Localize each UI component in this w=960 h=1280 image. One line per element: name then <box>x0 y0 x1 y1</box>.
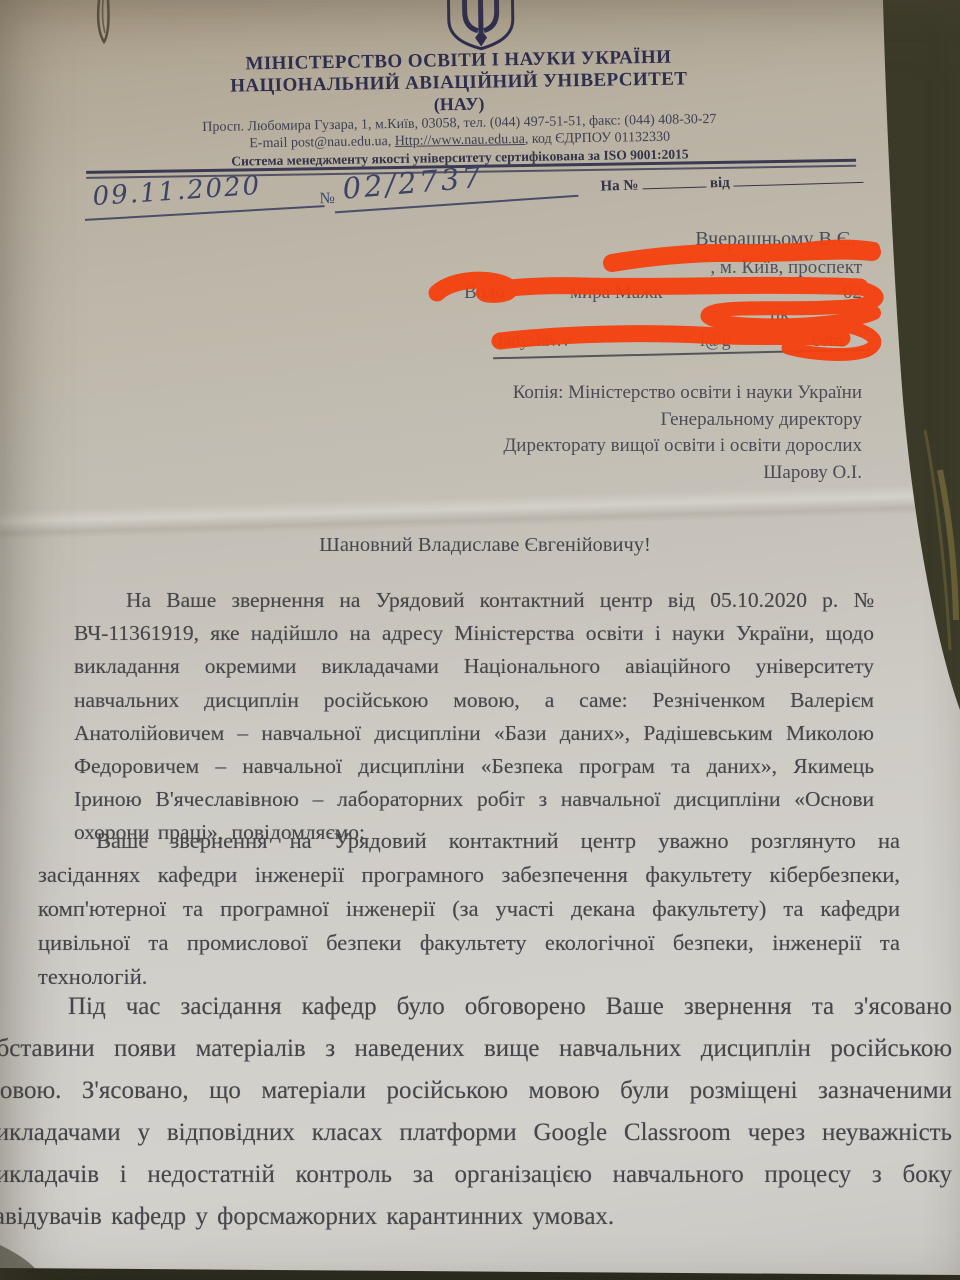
copy-line: Генеральному директору <box>0 407 862 434</box>
recipient-address-fragment: , м. Київ, проспект <box>0 257 862 279</box>
copy-block: Копія: Міністерство освіти і науки Украї… <box>0 380 862 486</box>
recipient-email-fragment-2: l@g <box>700 330 731 351</box>
ukraine-trident-emblem-icon <box>434 0 527 52</box>
reply-no-label: На № <box>600 178 638 195</box>
website-link-text: Http://www.nau.edu.ua <box>395 132 525 149</box>
reply-from-blank-line <box>733 170 863 187</box>
recipient-street-fragment-2: мира Мажк <box>570 282 663 304</box>
recipient-line4-fragment: пк <box>770 304 789 326</box>
paperclip-icon <box>85 0 125 55</box>
salutation: Шановний Владиславе Євгенійовичу! <box>10 534 960 557</box>
reply-no-blank-line <box>642 175 706 190</box>
recipient-email-fragment-3: com <box>812 330 843 351</box>
email-text: E-mail post@nau.edu.ua, <box>249 134 395 151</box>
body-paragraph-1: На Ваше звернення на Урядовий контактний… <box>74 584 874 850</box>
copy-line: Копія: Міністерство освіти і науки Украї… <box>0 380 862 407</box>
document-photo: МІНІСТЕРСТВО ОСВІТИ І НАУКИ УКРАЇНИ НАЦІ… <box>0 0 960 1280</box>
body-paragraph-2: Ваше звернення на Урядовий контактний це… <box>38 824 900 994</box>
recipient-street-fragment-1: Воло <box>464 282 505 304</box>
recipient-house-fragment: 02 <box>843 282 862 304</box>
copy-line: Шарову О.І. <box>0 460 862 487</box>
recipient-name: Вчерашньому В.Є. <box>0 228 855 251</box>
reply-from-label: від <box>710 175 730 192</box>
copy-line: Директорату вищої освіти і освіти доросл… <box>0 433 862 460</box>
reply-reference-blank: На № від <box>600 170 864 196</box>
letterhead: МІНІСТЕРСТВО ОСВІТИ І НАУКИ УКРАЇНИ НАЦІ… <box>0 0 960 237</box>
edrpou-code: , код ЄДРПОУ 01132330 <box>525 130 670 147</box>
body-paragraph-3: Під час засідання кафедр було обговорено… <box>0 986 952 1238</box>
recipient-email-fragment-1: ladyslav.v <box>498 330 570 351</box>
